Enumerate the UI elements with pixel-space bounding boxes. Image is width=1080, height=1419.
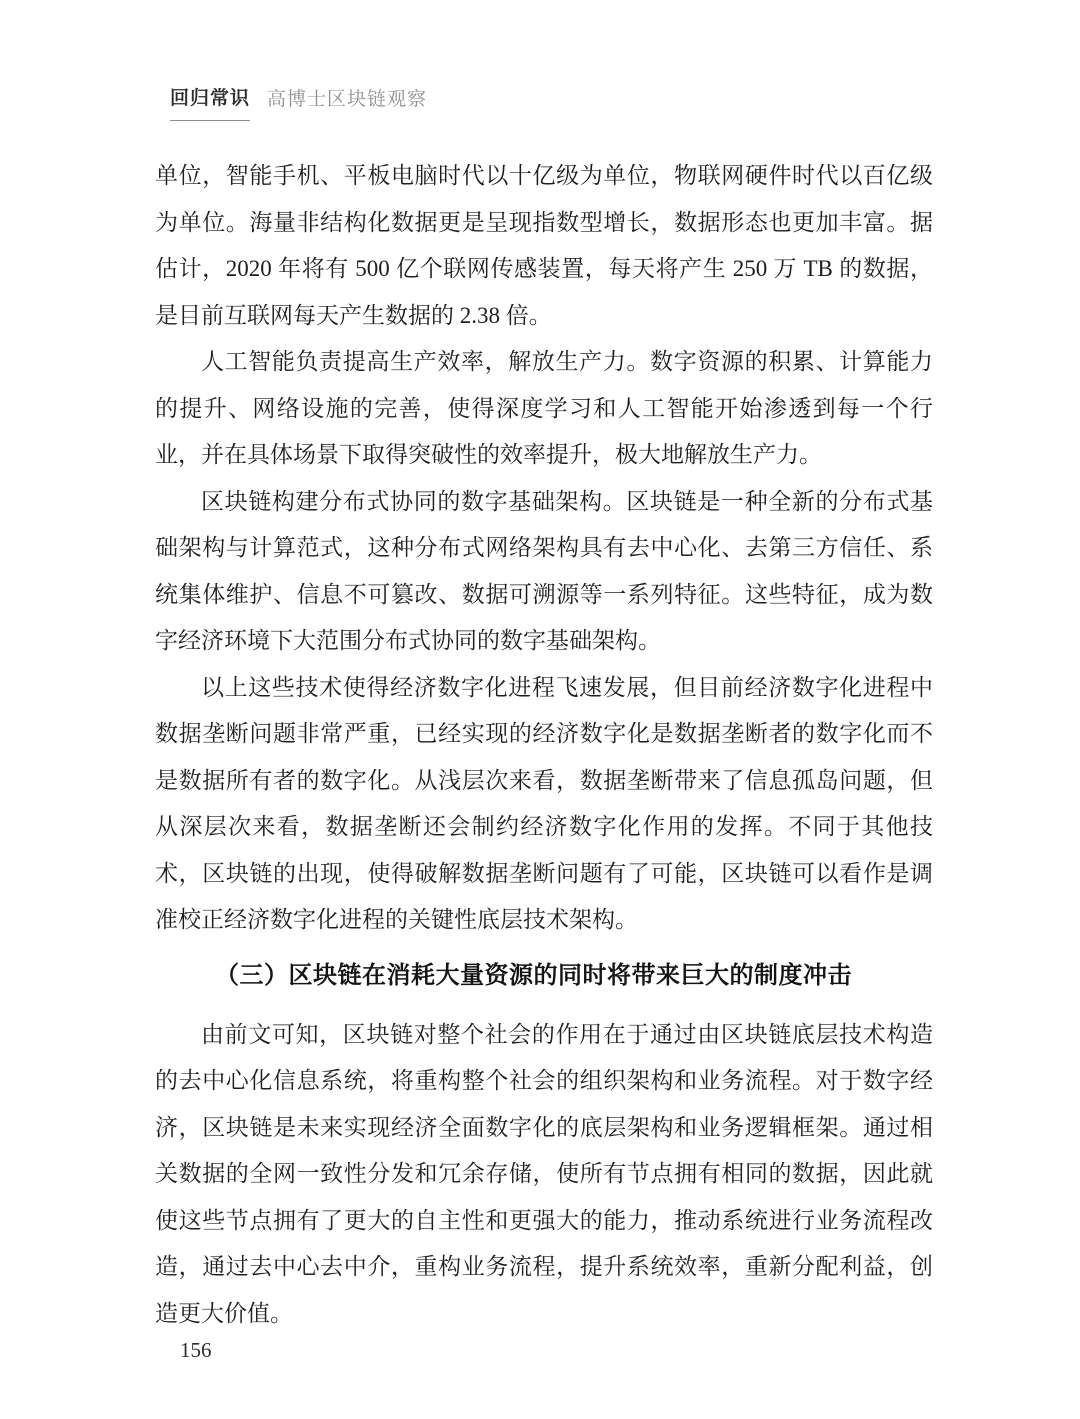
- header-book-title: 回归常识: [170, 83, 250, 121]
- page-number: 156: [180, 1338, 212, 1363]
- running-header: 回归常识 高博士区块链观察: [170, 83, 427, 121]
- paragraph-blockchain-architecture: 区块链构建分布式协同的数字基础架构。区块链是一种全新的分布式基础架构与计算范式，…: [155, 479, 933, 665]
- paragraph-ai-productivity: 人工智能负责提高生产效率，解放生产力。数字资源的积累、计算能力的提升、网络设施的…: [155, 339, 933, 479]
- paragraph-continuation: 单位，智能手机、平板电脑时代以十亿级为单位，物联网硬件时代以百亿级为单位。海量非…: [155, 153, 933, 339]
- section-heading: （三）区块链在消耗大量资源的同时将带来巨大的制度冲击: [155, 959, 933, 993]
- paragraph-institutional-impact: 由前文可知，区块链对整个社会的作用在于通过由区块链底层技术构造的去中心化信息系统…: [155, 1012, 933, 1338]
- page-body: 单位，智能手机、平板电脑时代以十亿级为单位，物联网硬件时代以百亿级为单位。海量非…: [155, 153, 933, 1337]
- paragraph-data-monopoly: 以上这些技术使得经济数字化进程飞速发展，但目前经济数字化进程中数据垄断问题非常严…: [155, 665, 933, 944]
- book-page: 回归常识 高博士区块链观察 单位，智能手机、平板电脑时代以十亿级为单位，物联网硬…: [0, 0, 1080, 1419]
- header-subtitle: 高博士区块链观察: [267, 83, 427, 111]
